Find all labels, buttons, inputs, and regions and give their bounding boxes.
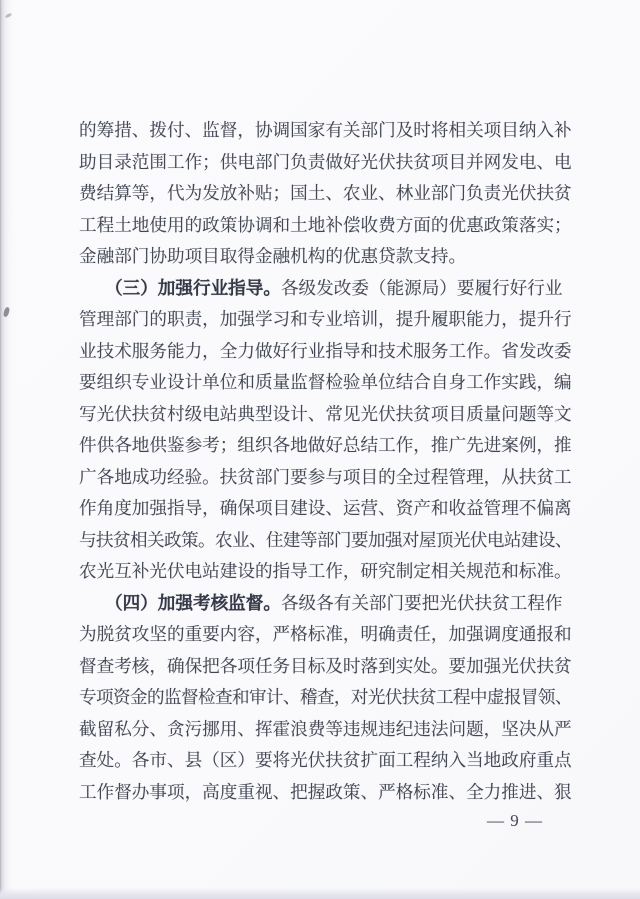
text-line: 费结算等，代为发放补贴；国土、农业、林业部门负责光伏扶贫: [79, 178, 575, 210]
text-line: 写光伏扶贫村级电站典型设计、常见光伏扶贫项目质量问题等文: [79, 399, 575, 431]
text-line: 件供各地供鉴参考；组织各地做好总结工作，推广先进案例，推: [79, 430, 575, 462]
text-line: 查处。各市、县（区）要将光伏扶贫扩面工程纳入当地政府重点: [79, 745, 575, 777]
document-text-block: 的筹措、拨付、监督，协调国家有关部门及时将相关项目纳入补 助目录范围工作；供电部…: [79, 115, 575, 808]
text-line: 各级发改委（能源局）要履行好行业: [281, 278, 563, 298]
text-line: 与扶贫相关政策。农业、住建等部门要加强对屋顶光伏电站建设、: [79, 525, 575, 557]
text-line: 为脱贫攻坚的重要内容，严格标准，明确责任，加强调度通报和: [79, 619, 575, 651]
text-line: 助目录范围工作；供电部门负责做好光伏扶贫项目并网发电、电: [79, 147, 575, 179]
page-bottom-edge: [0, 888, 640, 899]
text-line: 督查考核，确保把各项任务目标及时落到实处。要加强光伏扶贫: [79, 651, 575, 683]
section-3-first-line: （三）加强行业指导。各级发改委（能源局）要履行好行业: [79, 273, 575, 305]
section-4-heading: （四）加强考核监督。: [105, 593, 281, 613]
section-4-first-line: （四）加强考核监督。各级各有关部门要把光伏扶贫工程作: [79, 588, 575, 620]
text-line: 管理部门的职责，加强学习和专业培训，提升履职能力，提升行: [79, 304, 575, 336]
scanned-document-page: 的筹措、拨付、监督，协调国家有关部门及时将相关项目纳入补 助目录范围工作；供电部…: [0, 0, 640, 899]
text-line: 的筹措、拨付、监督，协调国家有关部门及时将相关项目纳入补: [79, 115, 575, 147]
text-line: 各级各有关部门要把光伏扶贫工程作: [281, 593, 563, 613]
text-line: 金融部门协助项目取得金融机构的优惠贷款支持。: [79, 241, 575, 273]
text-line: 广各地成功经验。扶贫部门要参与项目的全过程管理，从扶贫工: [79, 462, 575, 494]
text-line: 作角度加强指导，确保项目建设、运营、资产和收益管理不偏离: [79, 493, 575, 525]
text-line: 专项资金的监督检查和审计、稽查，对光伏扶贫工程中虚报冒领、: [79, 682, 575, 714]
text-line: 工程土地使用的政策协调和土地补偿收费方面的优惠政策落实；: [79, 210, 575, 242]
text-line: 农光互补光伏电站建设的指导工作，研究制定相关规范和标准。: [79, 556, 575, 588]
text-line: 要组织专业设计单位和质量监督检验单位结合自身工作实践，编: [79, 367, 575, 399]
section-3-heading: （三）加强行业指导。: [105, 278, 281, 298]
page-number: — 9 —: [487, 811, 543, 831]
text-line: 业技术服务能力，全力做好行业指导和技术服务工作。省发改委: [79, 336, 575, 368]
text-line: 截留私分、贪污挪用、挥霍浪费等违规违纪违法问题，坚决从严: [79, 714, 575, 746]
page-left-edge-shadow: [0, 0, 14, 899]
text-line: 工作督办事项，高度重视、把握政策、严格标准、全力推进、狠: [79, 777, 575, 809]
